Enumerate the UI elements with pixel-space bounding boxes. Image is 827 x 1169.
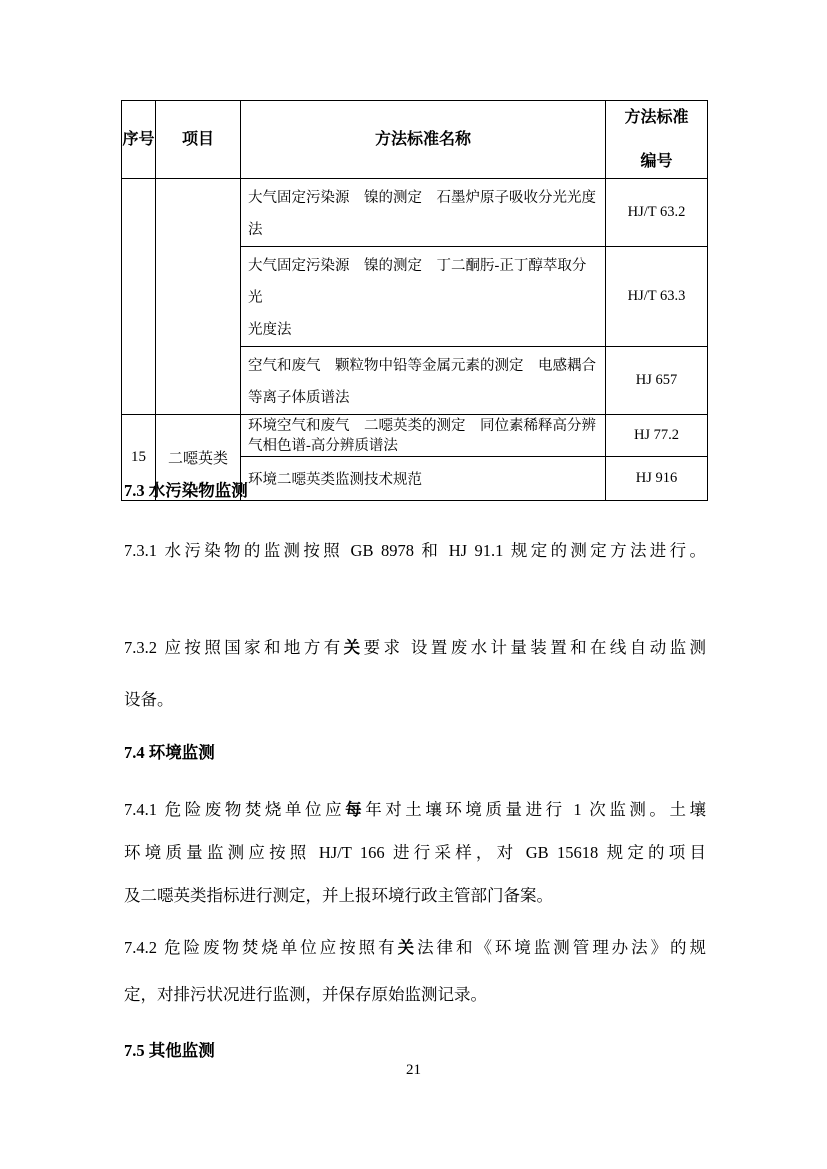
section-heading-7-3: 7.3 水污染物监测 (124, 480, 706, 502)
header-code-line1: 方法标准 (606, 107, 707, 129)
methods-table: 序号 项目 方法标准名称 方法标准 编号 大气固定污染源 镍的测定 石墨炉原子吸… (121, 100, 708, 501)
table-row: 15 二噁英类 环境空气和废气 二噁英类的测定 同位素稀释高分辨 气相色谱-高分… (122, 415, 708, 457)
method-name-line: 等离子体质谱法 (248, 382, 598, 414)
paragraph-7-4-1-line1: 7.4.1 危险废物焚烧单位应每年对土壤环境质量进行 1 次监测。土壤 (124, 799, 706, 821)
text-segment-bold: 关 (398, 938, 417, 957)
method-name-line: 大气固定污染源 镍的测定 石墨炉原子吸收分光光度 (248, 182, 598, 214)
cell-item-empty (156, 179, 241, 415)
text-segment: 要求 设置废水计量装置和在线自动监测 (364, 638, 706, 657)
text-segment: 7.4.2 危险废物焚烧单位应按照有 (124, 938, 398, 957)
paragraph-7-3-2-line2: 设备。 (124, 689, 706, 711)
header-seq: 序号 (122, 101, 156, 179)
text-segment: 7.3.2 应按照国家和地方有 (124, 638, 344, 657)
paragraph-7-3-2-line1: 7.3.2 应按照国家和地方有关要求 设置废水计量装置和在线自动监测 (124, 637, 706, 659)
paragraph-7-4-1-line3: 及二噁英类指标进行测定，并上报环境行政主管部门备案。 (124, 885, 706, 907)
section-heading-7-5: 7.5 其他监测 (124, 1040, 706, 1062)
cell-method-code: HJ/T 63.3 (606, 247, 708, 347)
cell-method-code: HJ/T 63.2 (606, 179, 708, 247)
table-row: 大气固定污染源 镍的测定 石墨炉原子吸收分光光度 法 HJ/T 63.2 (122, 179, 708, 247)
page-number: 21 (0, 1062, 827, 1079)
text-segment: 7.4.1 危险废物焚烧单位应 (124, 800, 345, 819)
text-segment-bold: 关 (344, 638, 364, 657)
header-code-line2: 编号 (606, 151, 707, 173)
paragraph-7-4-2-line1: 7.4.2 危险废物焚烧单位应按照有关法律和《环境监测管理办法》的规 (124, 937, 706, 959)
cell-method-name: 大气固定污染源 镍的测定 石墨炉原子吸收分光光度 法 (241, 179, 606, 247)
method-name-line: 大气固定污染源 镍的测定 丁二酮肟-正丁醇萃取分光 (248, 250, 598, 314)
text-segment: 法律和《环境监测管理办法》的规 (417, 938, 706, 957)
header-item: 项目 (156, 101, 241, 179)
header-code: 方法标准 编号 (606, 101, 708, 179)
header-code-gap (606, 129, 707, 151)
document-page: 序号 项目 方法标准名称 方法标准 编号 大气固定污染源 镍的测定 石墨炉原子吸… (0, 0, 827, 1169)
cell-method-name: 空气和废气 颗粒物中铅等金属元素的测定 电感耦合 等离子体质谱法 (241, 347, 606, 415)
cell-seq-empty (122, 179, 156, 415)
paragraph-7-3-1: 7.3.1 水污染物的监测按照 GB 8978 和 HJ 91.1 规定的测定方… (124, 540, 706, 562)
method-name-line: 光度法 (248, 314, 598, 346)
paragraph-7-4-2-line2: 定，对排污状况进行监测，并保存原始监测记录。 (124, 984, 706, 1006)
cell-method-code: HJ 657 (606, 347, 708, 415)
cell-method-name: 环境空气和废气 二噁英类的测定 同位素稀释高分辨 气相色谱-高分辨质谱法 (241, 415, 606, 457)
header-name: 方法标准名称 (241, 101, 606, 179)
method-name-line: 气相色谱-高分辨质谱法 (248, 436, 598, 456)
method-name-line: 空气和废气 颗粒物中铅等金属元素的测定 电感耦合 (248, 350, 598, 382)
cell-method-name: 大气固定污染源 镍的测定 丁二酮肟-正丁醇萃取分光 光度法 (241, 247, 606, 347)
method-name-line: 环境空气和废气 二噁英类的测定 同位素稀释高分辨 (248, 416, 598, 436)
section-heading-7-4: 7.4 环境监测 (124, 742, 706, 764)
paragraph-7-4-1-line2: 环境质量监测应按照 HJ/T 166 进行采样，对 GB 15618 规定的项目 (124, 842, 706, 864)
text-segment-bold: 每 (345, 800, 365, 819)
method-name-line: 法 (248, 214, 598, 246)
text-segment: 年对土壤环境质量进行 1 次监测。土壤 (365, 800, 706, 819)
cell-method-code: HJ 77.2 (606, 415, 708, 457)
table-header-row: 序号 项目 方法标准名称 方法标准 编号 (122, 101, 708, 179)
